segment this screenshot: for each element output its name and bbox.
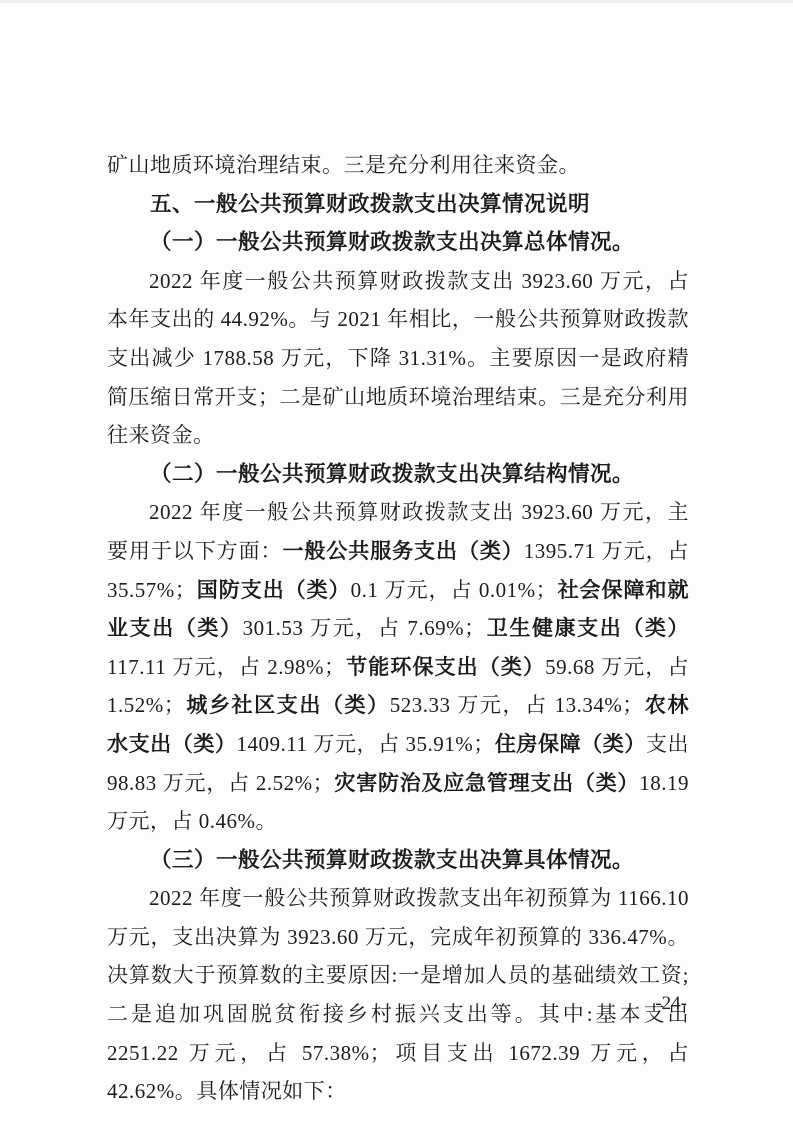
paragraph: 2022 年度一般公共预算财政拨款支出 3923.60 万元，主要用于以下方面：… [107, 493, 689, 840]
section-heading: 五、一般公共预算财政拨款支出决算情况说明 [107, 185, 689, 224]
text-segment: 301.53 万元，占 7.69%； [243, 616, 486, 640]
bold-text-segment: 卫生健康支出（类） [486, 616, 689, 640]
paragraph: 2022 年度一般公共预算财政拨款支出年初预算为 1166.10 万元，支出决算… [107, 879, 689, 1111]
document-page: 矿山地质环境治理结束。三是充分利用往来资金。五、一般公共预算财政拨款支出决算情况… [0, 0, 793, 1122]
paragraph: 2022 年度一般公共预算财政拨款支出 3923.60 万元，占本年支出的 44… [107, 262, 689, 455]
text-segment: 0.1 万元，占 0.01%； [351, 578, 557, 602]
text-segment: 2022 年度一般公共预算财政拨款支出 3923.60 万元，占本年支出的 44… [107, 269, 689, 447]
text-segment: 矿山地质环境治理结束。三是充分利用往来资金。 [107, 153, 580, 177]
text-segment: 2022 年度一般公共预算财政拨款支出年初预算为 1166.10 万元，支出决算… [107, 886, 689, 1103]
text-segment: 117.11 万元，占 2.98%； [107, 655, 346, 679]
bold-text-segment: 五、一般公共预算财政拨款支出决算情况说明 [150, 192, 590, 216]
section-heading: （二）一般公共预算财政拨款支出决算结构情况。 [107, 455, 689, 494]
bold-text-segment: （一）一般公共预算财政拨款支出决算总体情况。 [150, 230, 634, 254]
bold-text-segment: 国防支出（类） [196, 578, 350, 602]
bold-text-segment: （三）一般公共预算财政拨款支出决算具体情况。 [150, 848, 634, 872]
bold-text-segment: 住房保障（类） [495, 732, 646, 756]
bold-text-segment: 节能环保支出（类） [346, 655, 546, 679]
bold-text-segment: （二）一般公共预算财政拨款支出决算结构情况。 [150, 462, 634, 486]
bold-text-segment: 一般公共服务支出（类） [282, 539, 523, 563]
bold-text-segment: 城乡社区支出（类） [185, 693, 389, 717]
bold-text-segment: 灾害防治及应急管理支出（类） [334, 771, 639, 795]
text-segment: 523.33 万元，占 13.34%； [390, 693, 644, 717]
section-heading: （三）一般公共预算财政拨款支出决算具体情况。 [107, 841, 689, 880]
page-number: -24- [655, 993, 687, 1015]
paragraph: 矿山地质环境治理结束。三是充分利用往来资金。 [107, 146, 689, 185]
section-heading: （一）一般公共预算财政拨款支出决算总体情况。 [107, 223, 689, 262]
document-body: 矿山地质环境治理结束。三是充分利用往来资金。五、一般公共预算财政拨款支出决算情况… [107, 146, 689, 1111]
text-segment: 1409.11 万元，占 35.91%； [237, 732, 495, 756]
